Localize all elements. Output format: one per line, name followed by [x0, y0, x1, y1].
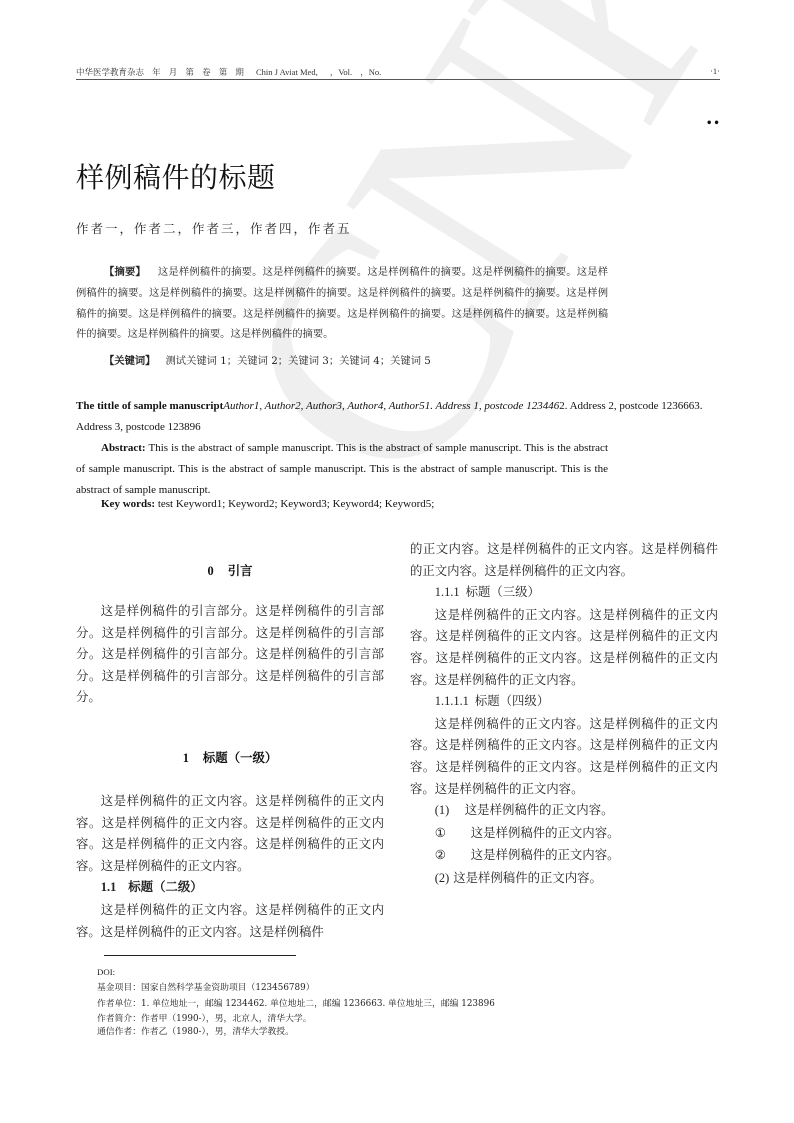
running-header-left: 中华医学教育杂志 年 月 第 卷 第 期 Chin J Aviat Med, ，… [76, 66, 387, 78]
list-item: (2)这是样例稿件的正文内容。 [410, 867, 718, 890]
abstract-cn: 【摘要】这是样例稿件的摘要。这是样例稿件的摘要。这是样例稿件的摘要。这是样例稿件… [76, 262, 608, 345]
list-item: ②这是样例稿件的正文内容。 [410, 844, 718, 867]
date-field-volume: 卷 [202, 67, 211, 77]
right-column: 的正文内容。这是样例稿件的正文内容。这是样例稿件的正文内容。这是样例稿件的正文内… [410, 538, 718, 890]
english-keywords-text: test Keyword1; Keyword2; Keyword3; Keywo… [155, 498, 434, 510]
date-field-di2: 第 [219, 67, 228, 77]
list-text: 这是样例稿件的正文内容。 [465, 802, 614, 817]
section-heading-0: 0引言 [76, 561, 384, 579]
english-title: The tittle of sample manuscript [76, 400, 223, 412]
list-text: 这是样例稿件的正文内容。 [453, 870, 602, 885]
section-number: 0 [208, 564, 214, 578]
footnote-author-bio: 作者简介：作者甲（1990-），男，北京人，清华大学。 [97, 1013, 495, 1027]
english-keywords: Key words: test Keyword1; Keyword2; Keyw… [76, 498, 434, 510]
subsection1-1-1-1-paragraph: 这是样例稿件的正文内容。这是样例稿件的正文内容。这是样例稿件的正文内容。这是样例… [410, 713, 718, 799]
list-text: 这是样例稿件的正文内容。 [471, 825, 620, 840]
list-item: ①这是样例稿件的正文内容。 [410, 822, 718, 845]
paper-page: 中华医学教育杂志 年 月 第 卷 第 期 Chin J Aviat Med, ，… [0, 0, 794, 1123]
date-field-year: 年 [152, 67, 161, 77]
author-list: 作者一，作者二，作者三，作者四，作者五 [76, 219, 352, 237]
subsection-number: 1.1 [101, 880, 117, 894]
footnote-affiliation: 作者单位：1. 单位地址一，邮编 1234462. 单位地址二，邮编 12366… [97, 996, 495, 1012]
english-keywords-label: Key words: [101, 498, 155, 510]
keywords-cn: 【关键词】测试关键词 1；关键词 2；关键词 3；关键词 4；关键词 5 [76, 352, 431, 367]
english-abstract: Abstract: This is the abstract of sample… [76, 438, 608, 500]
subsection1-1-1-paragraph: 这是样例稿件的正文内容。这是样例稿件的正文内容。这是样例稿件的正文内容。这是样例… [410, 604, 718, 690]
list-text: 这是样例稿件的正文内容。 [471, 847, 620, 862]
left-column: 这是样例稿件的引言部分。这是样例稿件的引言部分。这是样例稿件的引言部分。这是样例… [76, 600, 384, 708]
subsection1-1-paragraph-cont: 的正文内容。这是样例稿件的正文内容。这是样例稿件的正文内容。这是样例稿件的正文内… [410, 538, 718, 581]
section1-paragraph: 这是样例稿件的正文内容。这是样例稿件的正文内容。这是样例稿件的正文内容。这是样例… [76, 790, 384, 876]
list-marker: (2) [435, 868, 449, 890]
footnote-divider [104, 955, 296, 956]
date-field-month: 月 [169, 67, 178, 77]
number-label: ，No. [360, 67, 381, 77]
subsection-number: 1.1.1 [435, 585, 460, 599]
subsection-heading-1-1-1-1: 1.1.1.1标题（四级） [410, 690, 718, 713]
date-field-di: 第 [185, 67, 194, 77]
abstract-cn-text: 这是样例稿件的摘要。这是样例稿件的摘要。这是样例稿件的摘要。这是样例稿件的摘要。… [76, 266, 608, 340]
abstract-cn-label: 【摘要】 [104, 266, 146, 278]
english-authors: Author1, Author2, Author3, Author4, Auth… [223, 400, 559, 412]
section-heading-1: 1标题（一级） [76, 748, 384, 766]
subsection-title: 标题（二级） [128, 879, 202, 894]
footnotes: DOI: 基金项目：国家自然科学基金资助项目（123456789） 作者单位：1… [97, 964, 495, 1040]
section-title: 引言 [228, 563, 253, 578]
intro-paragraph: 这是样例稿件的引言部分。这是样例稿件的引言部分。这是样例稿件的引言部分。这是样例… [76, 600, 384, 708]
subsection-title: 标题（四级） [475, 693, 549, 708]
subsection-title: 标题（三级） [466, 584, 540, 599]
corner-marker: •• [706, 118, 721, 129]
footnote-fund: 基金项目：国家自然科学基金资助项目（123456789） [97, 980, 495, 996]
date-field-issue: 期 [235, 67, 244, 77]
footnote-doi: DOI: [97, 964, 495, 980]
english-title-block: The tittle of sample manuscriptAuthor1, … [76, 396, 706, 437]
list-marker: ② [435, 845, 471, 867]
subsection1-1-paragraph: 这是样例稿件的正文内容。这是样例稿件的正文内容。这是样例稿件的正文内容。这是样例… [76, 899, 384, 942]
footnote-corresponding: 通信作者：作者乙（1980-），男，清华大学教授。 [97, 1026, 495, 1040]
keywords-cn-text: 测试关键词 1；关键词 2；关键词 3；关键词 4；关键词 5 [165, 355, 430, 367]
paper-title: 样例稿件的标题 [76, 156, 276, 196]
section-title: 标题（一级） [203, 750, 277, 765]
volume-label: ，Vol. [330, 67, 352, 77]
journal-name-en: Chin J Aviat Med, [256, 67, 318, 77]
section-number: 1 [183, 751, 189, 765]
list-marker: (1) [435, 800, 465, 822]
subsection-heading-1-1: 1.1标题（二级） [76, 876, 384, 899]
list-item: (1)这是样例稿件的正文内容。 [410, 799, 718, 822]
subsection-number: 1.1.1.1 [435, 694, 469, 708]
keywords-cn-label: 【关键词】 [104, 355, 155, 367]
english-abstract-label: Abstract: [101, 442, 146, 454]
journal-name-cn: 中华医学教育杂志 [76, 67, 144, 77]
english-abstract-text: This is the abstract of sample manuscrip… [76, 442, 608, 496]
subsection-heading-1-1-1: 1.1.1标题（三级） [410, 581, 718, 604]
list-marker: ① [435, 823, 471, 845]
page-number: ·1· [710, 66, 720, 76]
left-column-section1: 这是样例稿件的正文内容。这是样例稿件的正文内容。这是样例稿件的正文内容。这是样例… [76, 790, 384, 942]
running-header: 中华医学教育杂志 年 月 第 卷 第 期 Chin J Aviat Med, ，… [76, 66, 720, 80]
